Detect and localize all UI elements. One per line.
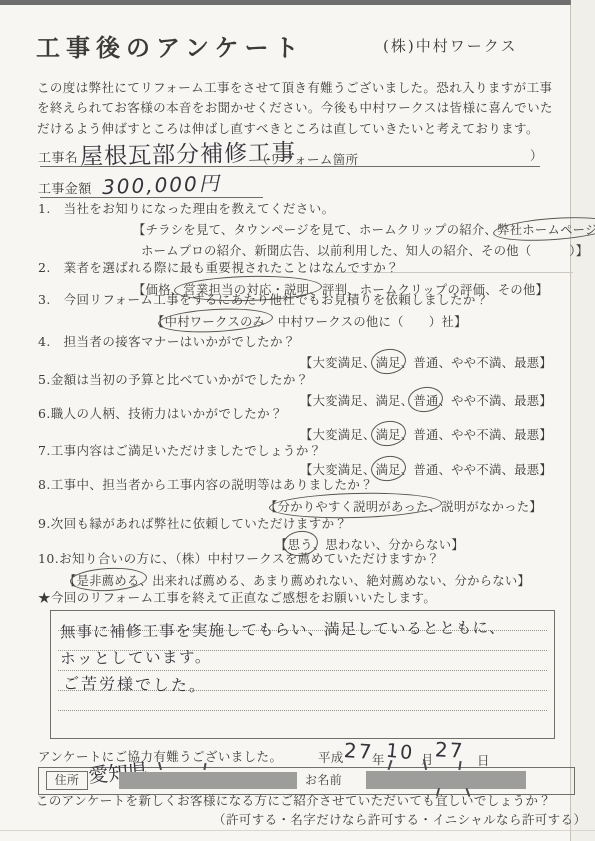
q3-options-pre: 【 — [152, 315, 165, 329]
question-3-label: 3. 今回リフォーム工事をするにあたり他社でもお見積りを依頼しましたか？ — [38, 292, 489, 308]
q10-options-post: 、出来れば薦める、あまり薦めれない、絶対薦めない、分からない】 — [140, 574, 531, 588]
q6-circled-answer: 満足 — [376, 425, 401, 443]
company-name: (株)中村ワークス — [383, 35, 518, 56]
question-3-options: 【中村ワークスのみ 中村ワークスの他に（ ）社】 — [152, 312, 467, 330]
scanned-survey-page: 工事後のアンケート (株)中村ワークス この度は弊社にてリフォーム工事をさせて頂… — [0, 0, 595, 841]
q6-options-post: 、普通、やや不満、最悪】 — [401, 428, 552, 442]
q8-options-post: 、説明がなかった】 — [429, 500, 542, 514]
date-year-label: 年 — [372, 752, 385, 768]
question-7-label: 7.工事内容はご満足いただけましたでしょうか？ — [38, 443, 322, 459]
question-4-label: 4. 担当者の接客マナーはいかがでしたか？ — [38, 334, 296, 350]
scan-margin-strip — [571, 0, 595, 841]
reform-area-close: ） — [530, 148, 543, 164]
q3-options-post: 中村ワークスの他に（ ）社】 — [265, 315, 466, 329]
scan-edge-band — [0, 0, 595, 5]
q6-options-pre: 【大変満足、 — [300, 428, 376, 442]
q1-circled-answer: 弊社ホームページ — [497, 220, 595, 238]
page-title: 工事後のアンケート — [36, 28, 305, 63]
question-8-label: 8.工事中、担当者から工事内容の説明等はありましたか？ — [38, 477, 373, 493]
comment-handwritten-line3: ご苦労様でした。 — [63, 671, 207, 697]
q7-options-pre: 【大変満足、 — [300, 463, 376, 477]
question-1-label: 1. 当社をお知りになった理由を教えてください。 — [38, 201, 335, 217]
question-5-options: 【大変満足、満足、普通、やや不満、最悪】 — [300, 391, 552, 409]
question-4-options: 【大変満足、満足、普通、やや不満、最悪】 — [300, 353, 552, 371]
date-day-handwritten: 27 — [434, 737, 465, 763]
name-redaction-bar — [366, 771, 526, 789]
date-year-handwritten: 27 — [343, 738, 374, 764]
question-6-label: 6.職人の人柄、技術力はいかがでしたか？ — [38, 406, 283, 422]
q7-options-post: 、普通、やや不満、最悪】 — [401, 463, 552, 477]
q5-circled-answer: 普通 — [413, 391, 438, 409]
question-1-options-line1: 【チラシを見て、タウンページを見て、ホームクリップの紹介、弊社ホームページ — [133, 220, 595, 238]
q3-circled-answer: 中村ワークスのみ — [165, 312, 266, 330]
question-1-options-line2: ホームプロの紹介、新聞広告、以前利用した、知人の紹介、その他（ ）】 — [141, 241, 588, 259]
q9-options-pre: 【 — [275, 538, 288, 552]
footer-permission-question: このアンケートを新しくお客様になる方にご紹介させていただいても宜しいでしょうか？ — [36, 793, 551, 809]
redacted-name-stroke — [458, 761, 461, 770]
name-label: お名前 — [305, 773, 342, 788]
reform-area-label: （リフォーム箇所 — [256, 152, 359, 168]
amount-handwritten: 300,000円 — [102, 167, 222, 200]
q4-options-post: 、普通、やや不満、最悪】 — [401, 356, 552, 370]
q8-circled-answer: 分かりやすく説明があった — [278, 497, 429, 515]
q10-options-pre: 【 — [64, 574, 77, 588]
intro-paragraph: この度は弊社にてリフォーム工事をさせて頂き有難うございました。恐れ入りますが工事… — [37, 78, 565, 139]
question-8-options: 【分かりやすく説明があった、説明がなかった】 — [265, 497, 542, 515]
question-10-label: 10.お知り合いの方に、（株）中村ワークスを薦めていただけますか？ — [38, 551, 440, 567]
redacted-address-stroke — [203, 763, 206, 770]
address-redaction-bar — [119, 772, 297, 789]
date-era-label: 平成 — [318, 750, 344, 766]
q5-options-pre: 【大変満足、満足、 — [300, 394, 413, 408]
comment-prompt: ★今回のリフォーム工事を終えて正直なご感想をお願いいたします。 — [38, 590, 436, 606]
comment-ruled-line — [58, 711, 547, 730]
q8-options-pre: 【 — [265, 500, 278, 514]
q9-options-post: 、思わない、分からない】 — [313, 538, 464, 552]
q1-options-text: 【チラシを見て、タウンページを見て、ホームクリップの紹介、 — [133, 223, 497, 237]
q7-circled-answer: 満足 — [376, 460, 401, 478]
question-5-label: 5.金額は当初の予算と比べていかがでしたか？ — [38, 372, 309, 388]
question-2-label: 2. 業者を選ばれる際に最も重要視されたことはなんですか？ — [38, 260, 399, 276]
q4-circled-answer: 満足 — [376, 353, 401, 371]
address-label: 住所 — [46, 771, 88, 790]
q4-options-pre: 【大変満足、 — [300, 356, 376, 370]
comment-handwritten-line1: 無事に補修工事を実施してもらい、満足しているとともに、 — [60, 616, 506, 643]
signature-row: 住所 愛知県 お名前 — [38, 767, 575, 795]
q5-options-post: 、やや不満、最悪】 — [439, 394, 552, 408]
question-6-options: 【大変満足、満足、普通、やや不満、最悪】 — [300, 425, 552, 443]
q10-circled-answer: 是非薦める — [77, 571, 140, 589]
question-9-label: 9.次回も縁があれば弊社に依頼していただけますか？ — [38, 516, 347, 532]
question-10-options: 【是非薦める、出来れば薦める、あまり薦めれない、絶対薦めない、分からない】 — [64, 571, 530, 589]
question-7-options: 【大変満足、満足、普通、やや不満、最悪】 — [300, 460, 552, 478]
project-name-label: 工事名 — [38, 151, 78, 167]
scan-bottom-streak — [0, 830, 595, 831]
comment-handwritten-line2: ホッとしています。 — [60, 645, 212, 669]
amount-label: 工事金額 — [38, 182, 92, 198]
footer-permission-options: （許可する・名字だけなら許可する・イニシャルなら許可する） — [213, 812, 586, 828]
